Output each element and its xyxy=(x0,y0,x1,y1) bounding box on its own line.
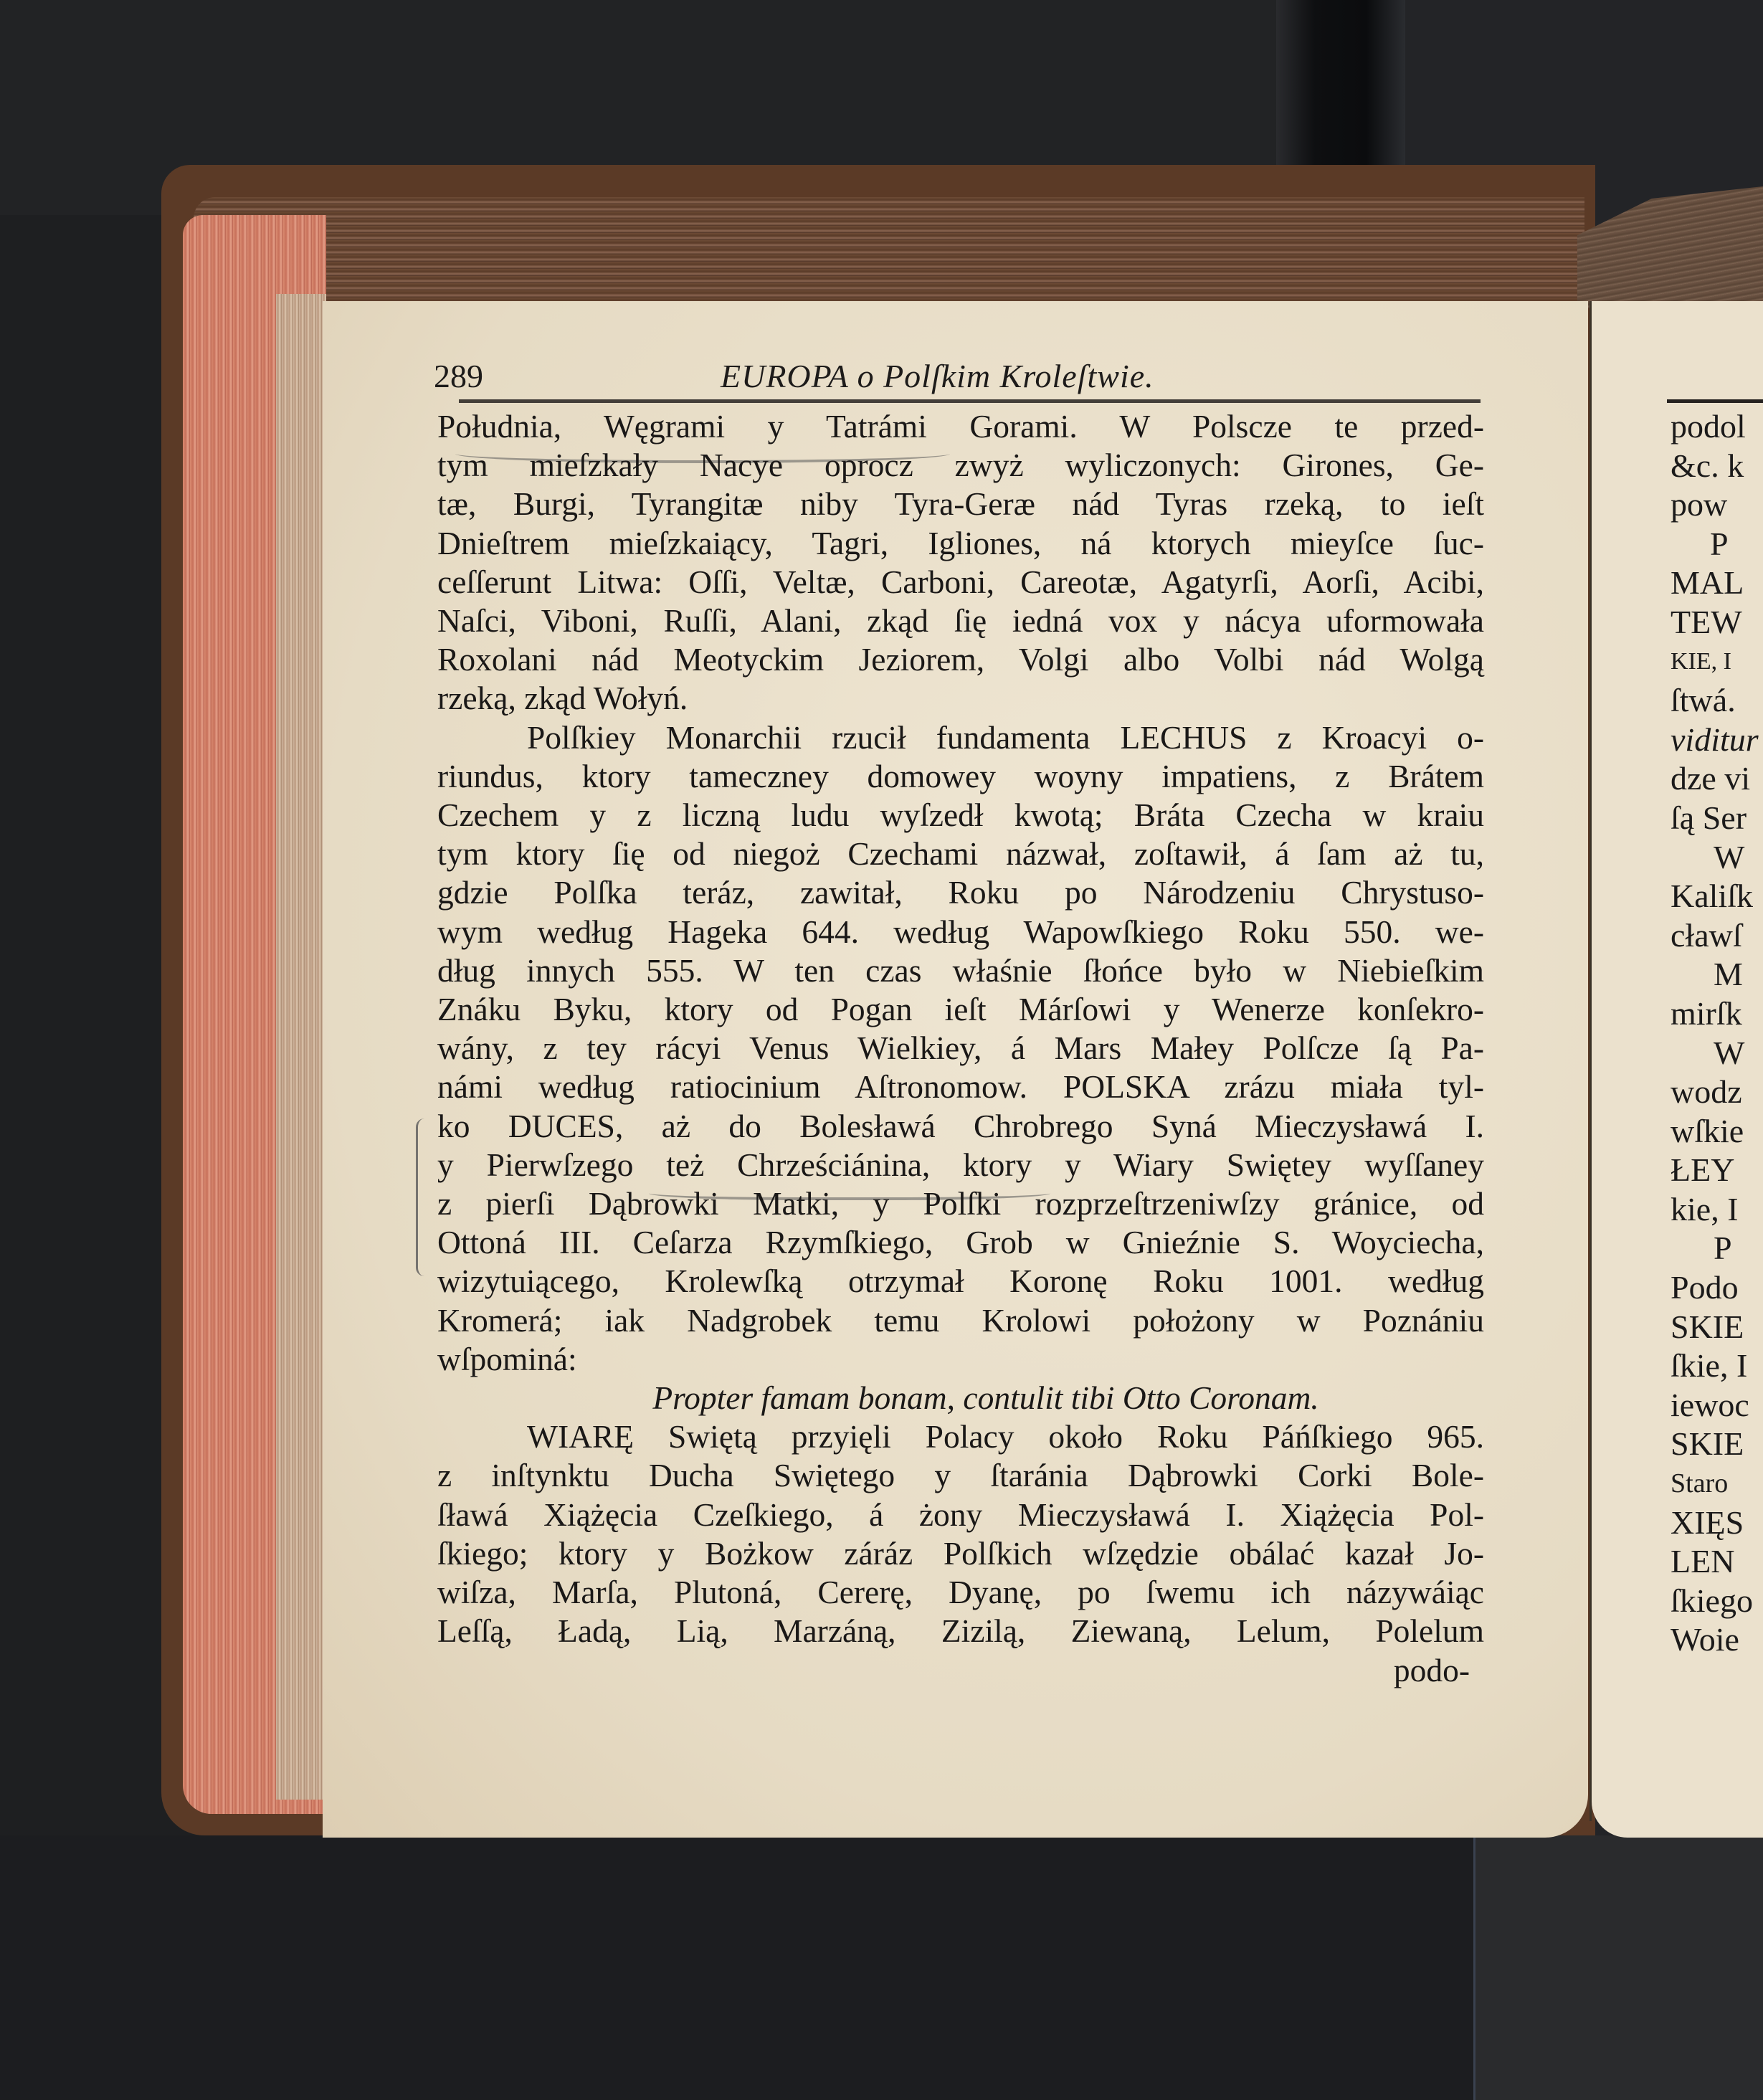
text-line: wſpominá: xyxy=(437,1340,1484,1379)
text-line: P xyxy=(1671,1229,1763,1268)
pencil-margin-bracket xyxy=(416,1118,432,1276)
text-line: KIE, I xyxy=(1671,642,1763,682)
text-line: wodz xyxy=(1671,1073,1763,1112)
text-line: wym według Hageka 644. według Wapowſkieg… xyxy=(437,913,1484,951)
text-line: mirſk xyxy=(1671,994,1763,1034)
text-line: Naſci, Viboni, Ruſſi, Alani, zkąd ſię ie… xyxy=(437,602,1484,640)
right-page-text-fragment: podol &c. k pow P MAL TEW KIE, I ſtwá. v… xyxy=(1671,407,1763,1660)
text-line: wſkie xyxy=(1671,1112,1763,1151)
text-line: XIĘS xyxy=(1671,1503,1763,1543)
text-line: Południa, Węgrami y Tatrámi Gorami. W Po… xyxy=(437,407,1484,446)
text-line: Dnieſtrem mieſzkaiący, Tagri, Igliones, … xyxy=(437,524,1484,563)
page-number: 289 xyxy=(434,357,483,395)
text-line: W xyxy=(1671,838,1763,878)
text-line: rzeką, zkąd Wołyń. xyxy=(437,679,1484,718)
text-line: SKIE xyxy=(1671,1308,1763,1347)
text-line: Woie xyxy=(1671,1620,1763,1660)
text-line: kie, I xyxy=(1671,1190,1763,1230)
text-line: gdzie Polſka teráz, zawitał, Roku po Nár… xyxy=(437,873,1484,912)
text-line: ko DUCES, aż do Bolesławá Chrobrego Syná… xyxy=(437,1107,1484,1146)
text-line: podol xyxy=(1671,407,1763,447)
text-line: ſą Ser xyxy=(1671,799,1763,838)
text-line: iewoc xyxy=(1671,1386,1763,1425)
text-line: Kromerá; iak Nadgrobek temu Krolowi poło… xyxy=(437,1301,1484,1340)
text-line: námi według ratiocinium Aſtronomow. POLS… xyxy=(437,1068,1484,1106)
text-line: Staro xyxy=(1671,1464,1763,1503)
text-line: W xyxy=(1671,1034,1763,1073)
text-line: z pierſi Dąbrowki Matki, y Polſki rozprz… xyxy=(437,1184,1484,1223)
text-line: MAL xyxy=(1671,564,1763,603)
text-line: M xyxy=(1671,955,1763,994)
paragraph-start: Polſkiey Monarchii rzucił fundamenta LEC… xyxy=(437,718,1484,757)
text-line: LEN xyxy=(1671,1542,1763,1582)
right-header-rule xyxy=(1667,399,1763,403)
text-line: tym ktory ſię od niegoż Czechami názwał,… xyxy=(437,835,1484,873)
latin-quote: Propter famam bonam, contulit tibi Otto … xyxy=(437,1379,1484,1417)
text-line: Leſſą, Ładą, Lią, Marzáną, Zizilą, Ziewa… xyxy=(437,1612,1484,1650)
running-head: 289 EUROPA o Polſkim Kroleſtwie. xyxy=(434,357,1488,400)
text-line: dze vi xyxy=(1671,759,1763,799)
paragraph-start: WIARĘ Swiętą przyięli Polacy około Roku … xyxy=(437,1417,1484,1456)
running-title: EUROPA o Polſkim Kroleſtwie. xyxy=(721,357,1154,395)
text-line: &c. k xyxy=(1671,447,1763,486)
text-line: Znáku Byku, ktory od Pogan ieſt Márſowi … xyxy=(437,990,1484,1029)
text-line: cławſ xyxy=(1671,916,1763,956)
text-line: z inſtynktu Duchа Swiętego y ſtaránia Dą… xyxy=(437,1456,1484,1495)
text-line: Czechem y z liczną ludu wyſzedł kwotą; B… xyxy=(437,796,1484,835)
text-line: tæ, Burgi, Tyrangitæ niby Tyra-Geræ nád … xyxy=(437,485,1484,523)
header-rule xyxy=(459,399,1481,403)
text-line: ceſſerunt Litwa: Oſſi, Veltæ, Carboni, C… xyxy=(437,563,1484,602)
text-line: TEW xyxy=(1671,603,1763,642)
gutter xyxy=(1589,301,1592,1821)
text-line: ſkiego; ktory y Bożkow záráz Polſkich wſ… xyxy=(437,1534,1484,1573)
text-line: riundus, ktory tameczney domowey woyny i… xyxy=(437,757,1484,796)
text-line: ŁEY xyxy=(1671,1151,1763,1190)
text-line: Ottoná III. Ceſarza Rzymſkiego, Grob w G… xyxy=(437,1223,1484,1262)
text-line: viditur xyxy=(1671,721,1763,760)
book-top-edge xyxy=(194,197,1584,305)
text-line: wiſza, Marſa, Plutoná, Cererę, Dyanę, po… xyxy=(437,1573,1484,1612)
text-line: dług innych 555. W ten czas właśnie ſłoń… xyxy=(437,951,1484,990)
catchword: podo- xyxy=(437,1651,1484,1690)
text-line: ſławá Xiążęcia Czeſkiego, á żony Mieczys… xyxy=(437,1496,1484,1534)
text-line: ſkie, I xyxy=(1671,1346,1763,1386)
body-text: Południa, Węgrami y Tatrámi Gorami. W Po… xyxy=(437,407,1484,1690)
text-line: ſkiego xyxy=(1671,1582,1763,1621)
background-bottom-panel xyxy=(1473,1835,1763,2100)
text-line: wizytuiącego, Krolewſką otrzymał Koronę … xyxy=(437,1262,1484,1301)
text-line: pow xyxy=(1671,485,1763,525)
text-line: Roxolani nád Meotyckim Jeziorem, Volgi a… xyxy=(437,640,1484,679)
text-line: P xyxy=(1671,525,1763,564)
text-line: Podo xyxy=(1671,1268,1763,1308)
book-page-stack xyxy=(276,294,326,1800)
text-line: tym mieſzkały Nacye oprocz zwyż wyliczon… xyxy=(437,446,1484,485)
text-line: y Pierwſzego też Chrześciánina, ktory y … xyxy=(437,1146,1484,1184)
text-line: SKIE xyxy=(1671,1425,1763,1464)
text-line: ſtwá. xyxy=(1671,681,1763,721)
text-line: wány, z tey rácyi Venus Wielkiey, á Mars… xyxy=(437,1029,1484,1068)
text-line: Kaliſk xyxy=(1671,877,1763,916)
